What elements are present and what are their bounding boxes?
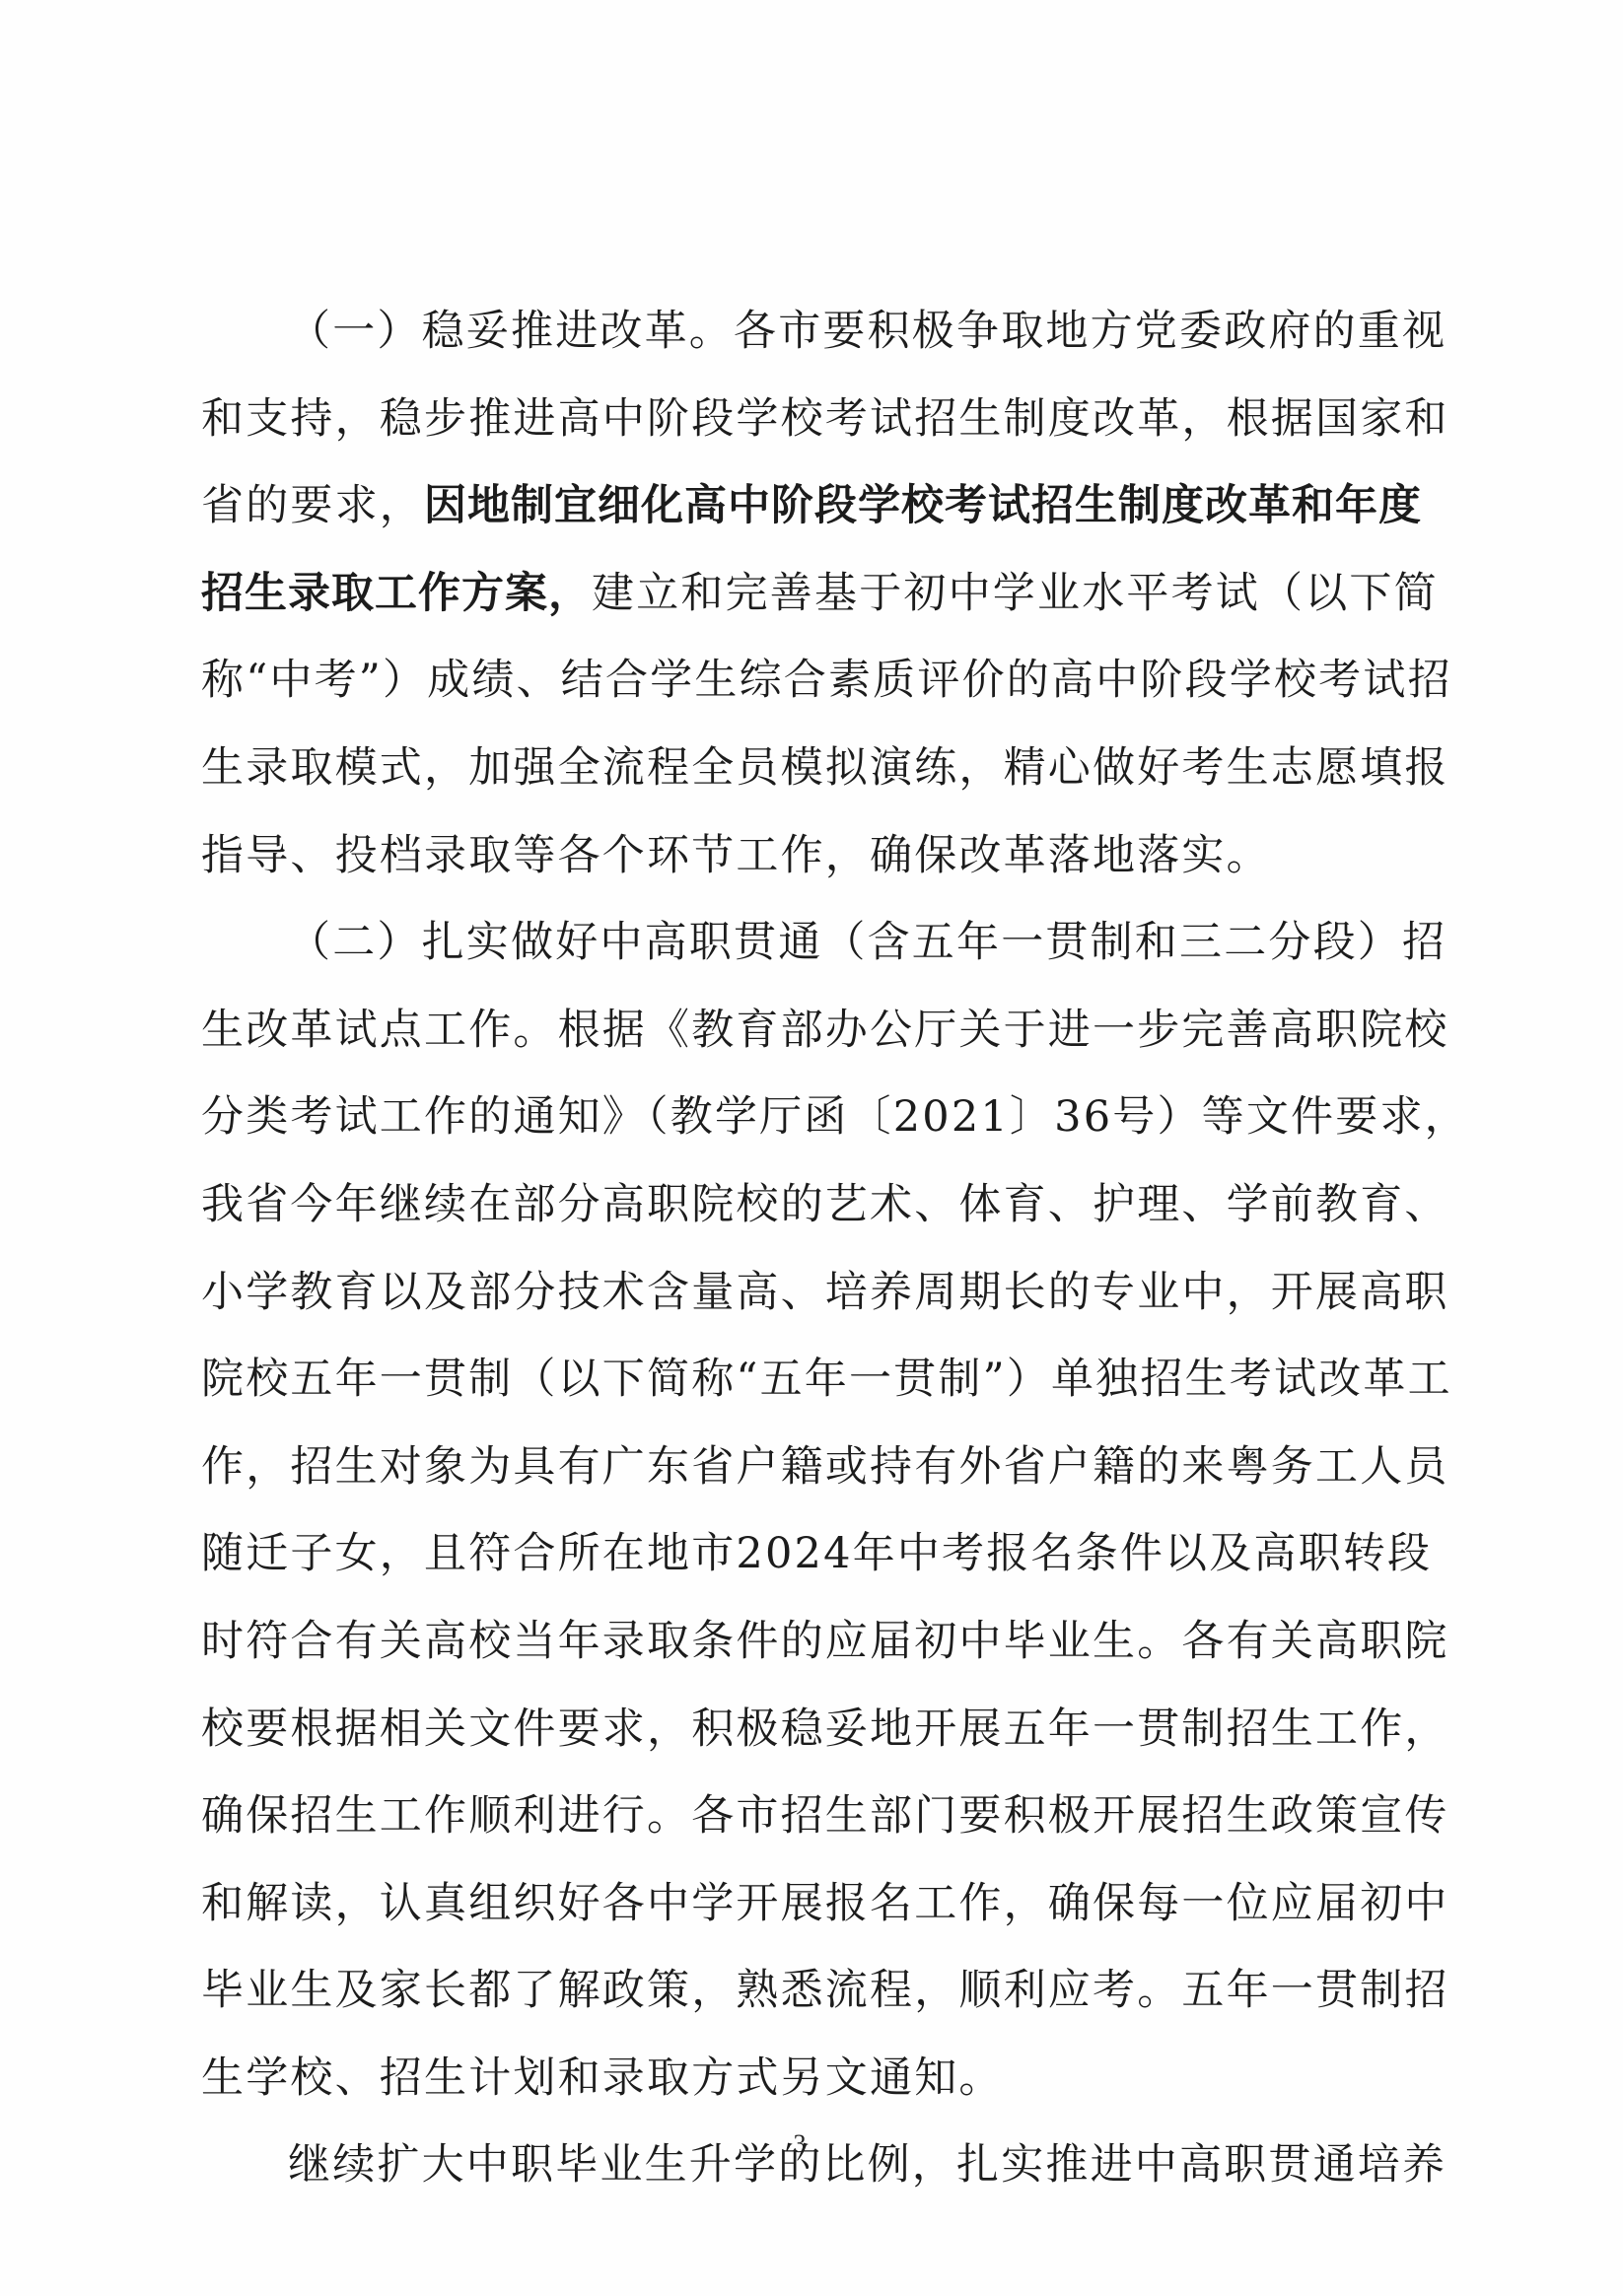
text-line: 随迁子女，且符合所在地市2024年中考报名条件以及高职转段 <box>201 1510 1422 1598</box>
bold-emphasis: 招生录取工作方案， <box>201 569 592 618</box>
paragraph-section-1: （一）稳妥推进改革。各市要积极争取地方党委政府的重视 和支持，稳步推进高中阶段学… <box>201 288 1422 899</box>
paragraph-section-2: （二）扎实做好中高职贯通（含五年一贯制和三二分段）招 生改革试点工作。根据《教育… <box>201 899 1422 2122</box>
text-line: 分类考试工作的通知》（教学厅函〔2021〕36号）等文件要求， <box>201 1074 1422 1161</box>
document-page: （一）稳妥推进改革。各市要积极争取地方党委政府的重视 和支持，稳步推进高中阶段学… <box>0 0 1623 2296</box>
text-line: 和支持，稳步推进高中阶段学校考试招生制度改革，根据国家和 <box>201 376 1422 463</box>
text-line: 院校五年一贯制（以下简称“五年一贯制”）单独招生考试改革工 <box>201 1336 1422 1424</box>
text-line: 确保招生工作顺利进行。各市招生部门要积极开展招生政策宣传 <box>201 1773 1422 1860</box>
text-line: 指导、投档录取等各个环节工作，确保改革落地落实。 <box>201 812 1422 900</box>
text-line: 生学校、招生计划和录取方式另文通知。 <box>201 2035 1422 2122</box>
text-line: 我省今年继续在部分高职院校的艺术、体育、护理、学前教育、 <box>201 1161 1422 1249</box>
text-line: （一）稳妥推进改革。各市要积极争取地方党委政府的重视 <box>201 288 1422 376</box>
page-number: 3 <box>785 2129 814 2159</box>
text-line: 和解读，认真组织好各中学开展报名工作，确保每一位应届初中 <box>201 1860 1422 1948</box>
text-line: 生录取模式，加强全流程全员模拟演练，精心做好考生志愿填报 <box>201 725 1422 812</box>
bold-emphasis: 因地制宜细化高中阶段学校考试招生制度改革和年度 <box>424 481 1422 530</box>
text-line: 小学教育以及部分技术含量高、培养周期长的专业中，开展高职 <box>201 1249 1422 1337</box>
text-line: 毕业生及家长都了解政策，熟悉流程，顺利应考。五年一贯制招 <box>201 1947 1422 2035</box>
document-body: （一）稳妥推进改革。各市要积极争取地方党委政府的重视 和支持，稳步推进高中阶段学… <box>201 288 1422 2209</box>
text-line: 招生录取工作方案，建立和完善基于初中学业水平考试（以下简 <box>201 550 1422 638</box>
text-line: 生改革试点工作。根据《教育部办公厅关于进一步完善高职院校 <box>201 987 1422 1075</box>
text-line: 省的要求，因地制宜细化高中阶段学校考试招生制度改革和年度 <box>201 462 1422 550</box>
text-line: 称“中考”）成绩、结合学生综合素质评价的高中阶段学校考试招 <box>201 637 1422 725</box>
text-line: 时符合有关高校当年录取条件的应届初中毕业生。各有关高职院 <box>201 1598 1422 1686</box>
text-line: （二）扎实做好中高职贯通（含五年一贯制和三二分段）招 <box>201 899 1422 987</box>
text-line: 作，招生对象为具有广东省户籍或持有外省户籍的来粤务工人员 <box>201 1424 1422 1511</box>
text-line: 校要根据相关文件要求，积极稳妥地开展五年一贯制招生工作， <box>201 1686 1422 1774</box>
